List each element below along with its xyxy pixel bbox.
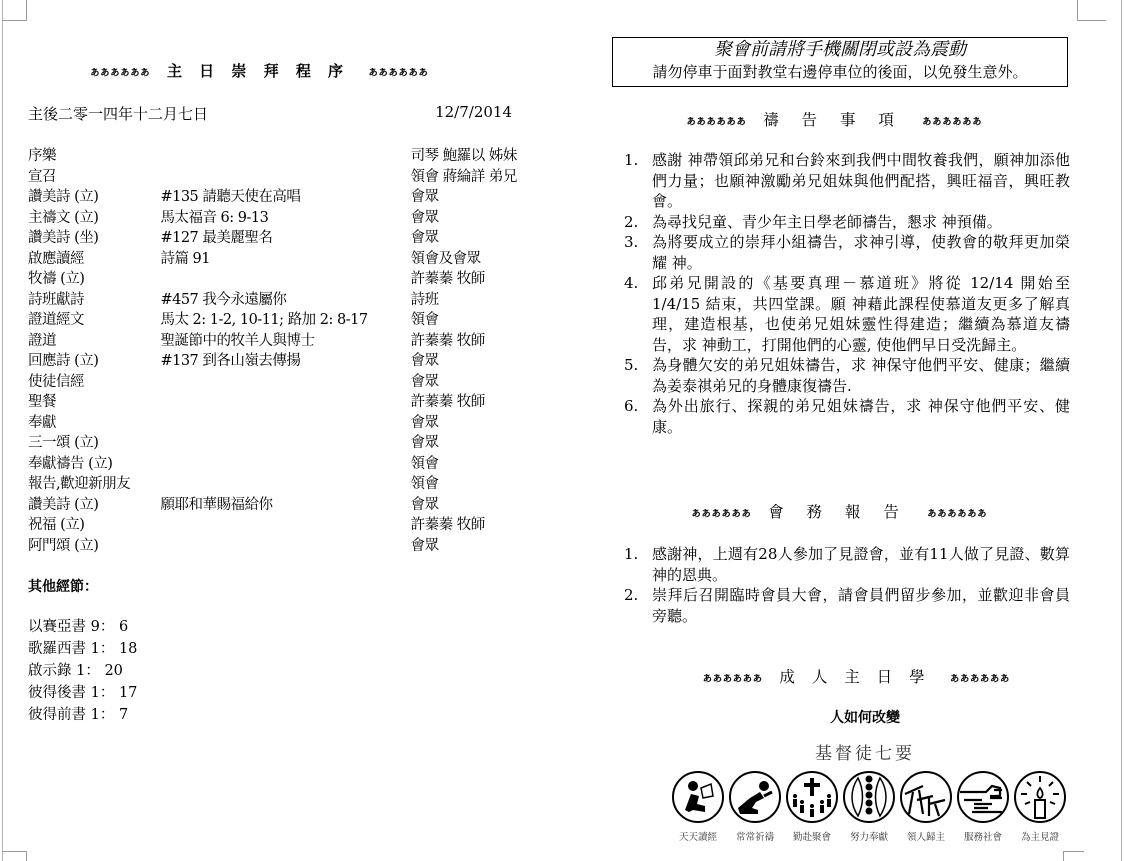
list-item-number: 2. (620, 585, 652, 626)
program-row: 證道聖誕節中的牧羊人與博士許蓁蓁 牧師 (28, 331, 548, 352)
program-item: 奉獻禱告 (立) (28, 454, 160, 475)
other-verses-list: 以賽亞書 9： 6歌羅西書 1： 18啟示錄 1： 20彼得後書 1： 17彼得… (28, 616, 548, 726)
program-item: 聖餐 (28, 392, 160, 413)
essential-gather: 勤赴聚會 (784, 770, 840, 843)
program-leader: 會眾 (411, 413, 548, 434)
program-row: 讚美詩 (立)#135 請聽天使在高唱會眾 (28, 187, 548, 208)
program-content (160, 372, 410, 393)
worship-title-row: ぁぁぁぁぁぁ 主 日 崇 拜 程 序 ぁぁぁぁぁぁ (58, 60, 458, 81)
program-content (160, 515, 410, 536)
program-content: 馬太福音 6: 9-13 (160, 208, 410, 229)
announcements-title: 會 務 報 告 (768, 500, 908, 522)
essential-evangelism: 領人歸主 (898, 770, 954, 843)
flourish-left-ornament: ぁぁぁぁぁぁ (701, 668, 761, 685)
announcements-list: 1.感謝神，上週有28人參加了見證會，並有11人做了見證、數算神的恩典。2.崇拜… (620, 544, 1070, 626)
program-row: 阿門頌 (立)會眾 (28, 536, 548, 557)
program-content: #135 請聽天使在高唱 (160, 187, 410, 208)
program-leader: 領會 (411, 454, 548, 475)
notice-phone-text: 聚會前請將手機關閉或設為震動 (613, 38, 1067, 62)
notice-parking-text: 請勿停車于面對教堂右邊停車位的後面，以免發生意外。 (613, 62, 1067, 82)
program-content (160, 474, 410, 495)
program-row: 宣召領會 蔣綸詳 弟兄 (28, 167, 548, 188)
program-leader: 領會 (411, 474, 548, 495)
other-verse-item: 啟示錄 1： 20 (28, 660, 548, 682)
program-row: 奉獻會眾 (28, 413, 548, 434)
announcements-section: ぁぁぁぁぁぁ 會 務 報 告 ぁぁぁぁぁぁ 1.感謝神，上週有28人參加了見證會… (620, 500, 1070, 626)
list-item: 4.邱弟兄開設的《基要真理－慕道班》將從 12/14 開始至 1/4/15 結束… (620, 273, 1070, 355)
program-row: 證道經文馬太 2: 1-2, 10-11; 路加 2: 8-17領會 (28, 310, 548, 331)
announcements-title-row: ぁぁぁぁぁぁ 會 務 報 告 ぁぁぁぁぁぁ (606, 500, 1070, 522)
flourish-right-ornament: ぁぁぁぁぁぁ (367, 62, 427, 79)
icon-label: 服務社會 (964, 829, 1002, 843)
program-leader: 會眾 (411, 495, 548, 516)
program-content (160, 413, 410, 434)
program-leader: 領會 (411, 310, 548, 331)
icon-label: 常常祈禱 (736, 829, 774, 843)
program-leader: 會眾 (411, 228, 548, 249)
other-verse-item: 彼得後書 1： 17 (28, 682, 548, 704)
essential-offering: 努力奉獻 (841, 770, 897, 843)
program-leader: 領會 蔣綸詳 弟兄 (411, 167, 548, 188)
program-item: 牧禱 (立) (28, 269, 160, 290)
program-item: 啟應讀經 (28, 249, 160, 270)
icon-label: 為主見證 (1021, 829, 1059, 843)
program-leader: 許蓁蓁 牧師 (411, 515, 548, 536)
program-leader: 詩班 (411, 290, 548, 311)
other-verse-item: 歌羅西書 1： 18 (28, 638, 548, 660)
program-row: 主禱文 (立)馬太福音 6: 9-13會眾 (28, 208, 548, 229)
flourish-left-ornament: ぁぁぁぁぁぁ (89, 62, 149, 79)
other-verses-title: 其他經節： (28, 576, 548, 596)
program-content: #457 我今永遠屬你 (160, 290, 410, 311)
program-row: 奉獻禱告 (立)領會 (28, 454, 548, 475)
sunday-school-title: 成 人 主 日 學 (779, 665, 930, 687)
read-bible-icon (671, 770, 725, 824)
service-icon (956, 770, 1010, 824)
list-item-text: 感謝 神帶領邱弟兄和台鈴來到我們中間牧養我們，願神加添他們力量；也願神激勵弟兄姐… (652, 150, 1070, 212)
program-item: 祝福 (立) (28, 515, 160, 536)
flourish-right-ornament: ぁぁぁぁぁぁ (949, 668, 1009, 685)
flourish-left-ornament: ぁぁぁぁぁぁ (685, 111, 745, 128)
list-item: 1.感謝 神帶領邱弟兄和台鈴來到我們中間牧養我們，願神加添他們力量；也願神激勵弟… (620, 150, 1070, 212)
program-row: 序樂司琴 鮑羅以 姊妹 (28, 146, 548, 167)
worship-program-section: ぁぁぁぁぁぁ 主 日 崇 拜 程 序 ぁぁぁぁぁぁ 主後二零一四年十二月七日 1… (28, 60, 548, 726)
program-item: 讚美詩 (立) (28, 495, 160, 516)
essential-read-bible: 天天讀經 (670, 770, 726, 843)
program-item: 主禱文 (立) (28, 208, 160, 229)
prayer-title: 禱 告 事 項 (763, 108, 903, 130)
program-content (160, 167, 410, 188)
program-item: 阿門頌 (立) (28, 536, 160, 557)
phone-notice-box: 聚會前請將手機關閉或設為震動 請勿停車于面對教堂右邊停車位的後面，以免發生意外。 (612, 37, 1068, 87)
program-list: 序樂司琴 鮑羅以 姊妹宣召領會 蔣綸詳 弟兄讚美詩 (立)#135 請聽天使在高… (28, 146, 548, 556)
date-numeric: 12/7/2014 (435, 103, 512, 124)
icon-label: 勤赴聚會 (793, 829, 831, 843)
program-leader: 會眾 (411, 208, 548, 229)
date-chinese: 主後二零一四年十二月七日 (28, 103, 208, 124)
date-row: 主後二零一四年十二月七日 12/7/2014 (28, 103, 512, 124)
list-item-text: 為身體欠安的弟兄姐妹禱告，求 神保守他們平安、健康；繼續為姜泰祺弟兄的身體康復禱… (652, 355, 1070, 396)
program-item: 讚美詩 (坐) (28, 228, 160, 249)
list-item-text: 崇拜后召開臨時會員大會，請會員們留步參加，並歡迎非會員旁聽。 (652, 585, 1070, 626)
list-item-text: 感謝神，上週有28人參加了見證會，並有11人做了見證、數算神的恩典。 (652, 544, 1070, 585)
witness-icon (1013, 770, 1067, 824)
program-leader: 領會及會眾 (411, 249, 548, 270)
program-content: 詩篇 91 (160, 249, 410, 270)
list-item-text: 為尋找兒童、青少年主日學老師禱告，懇求 神預備。 (652, 212, 1070, 233)
program-item: 證道經文 (28, 310, 160, 331)
page-edge-right (1121, 0, 1122, 861)
program-content: 願耶和華賜福給你 (160, 495, 410, 516)
program-leader: 會眾 (411, 536, 548, 557)
program-content: #137 到各山嶺去傳揚 (160, 351, 410, 372)
program-leader: 會眾 (411, 187, 548, 208)
pray-icon (728, 770, 782, 824)
list-item-number: 4. (620, 273, 652, 355)
program-leader: 會眾 (411, 351, 548, 372)
program-content (160, 269, 410, 290)
prayer-section: ぁぁぁぁぁぁ 禱 告 事 項 ぁぁぁぁぁぁ 1.感謝 神帶領邱弟兄和台鈴來到我們… (620, 108, 1070, 437)
evangelism-icon (899, 770, 953, 824)
program-item: 序樂 (28, 146, 160, 167)
program-row: 祝福 (立)許蓁蓁 牧師 (28, 515, 548, 536)
program-leader: 會眾 (411, 433, 548, 454)
flourish-right-ornament: ぁぁぁぁぁぁ (926, 503, 986, 520)
program-content: 聖誕節中的牧羊人與博士 (160, 331, 410, 352)
offering-icon (842, 770, 896, 824)
program-leader: 許蓁蓁 牧師 (411, 392, 548, 413)
flourish-right-ornament: ぁぁぁぁぁぁ (921, 111, 981, 128)
program-item: 回應詩 (立) (28, 351, 160, 372)
list-item-number: 6. (620, 396, 652, 437)
list-item: 2.崇拜后召開臨時會員大會，請會員們留步參加，並歡迎非會員旁聽。 (620, 585, 1070, 626)
seven-essentials-title: 基督徒七要 (660, 739, 1070, 764)
list-item-number: 2. (620, 212, 652, 233)
program-item: 三一頌 (立) (28, 433, 160, 454)
crop-mark-top-left (2, 0, 27, 21)
program-item: 使徒信經 (28, 372, 160, 393)
list-item: 1.感謝神，上週有28人參加了見證會，並有11人做了見證、數算神的恩典。 (620, 544, 1070, 585)
list-item: 6.為外出旅行、探親的弟兄姐妹禱告，求 神保守他們平安、健康。 (620, 396, 1070, 437)
crop-mark-bottom-left (2, 851, 27, 861)
icon-label: 天天讀經 (679, 829, 717, 843)
essential-pray: 常常祈禱 (727, 770, 783, 843)
page-edge-left (2, 0, 3, 861)
program-content (160, 392, 410, 413)
program-content (160, 454, 410, 475)
essential-service: 服務社會 (955, 770, 1011, 843)
list-item-number: 1. (620, 150, 652, 212)
sunday-school-section: ぁぁぁぁぁぁ 成 人 主 日 學 ぁぁぁぁぁぁ 人如何改變 基督徒七要 (620, 665, 1070, 764)
program-content: #127 最美麗聖名 (160, 228, 410, 249)
program-item: 宣召 (28, 167, 160, 188)
program-leader: 許蓁蓁 牧師 (411, 331, 548, 352)
program-row: 聖餐許蓁蓁 牧師 (28, 392, 548, 413)
program-row: 回應詩 (立)#137 到各山嶺去傳揚會眾 (28, 351, 548, 372)
program-item: 證道 (28, 331, 160, 352)
crop-mark-bottom-right (1063, 851, 1084, 861)
program-leader: 司琴 鮑羅以 姊妹 (411, 146, 548, 167)
program-item: 報告,歡迎新朋友 (28, 474, 160, 495)
sunday-school-title-row: ぁぁぁぁぁぁ 成 人 主 日 學 ぁぁぁぁぁぁ (640, 665, 1070, 687)
program-row: 使徒信經會眾 (28, 372, 548, 393)
prayer-title-row: ぁぁぁぁぁぁ 禱 告 事 項 ぁぁぁぁぁぁ (596, 108, 1070, 130)
list-item-number: 5. (620, 355, 652, 396)
list-item-text: 為將要成立的崇拜小組禱告，求神引導，使教會的敬拜更加榮耀 神。 (652, 232, 1070, 273)
flourish-left-ornament: ぁぁぁぁぁぁ (690, 503, 750, 520)
program-content (160, 536, 410, 557)
essential-witness: 為主見證 (1012, 770, 1068, 843)
prayer-list: 1.感謝 神帶領邱弟兄和台鈴來到我們中間牧養我們，願神加添他們力量；也願神激勵弟… (620, 150, 1070, 437)
program-row: 報告,歡迎新朋友領會 (28, 474, 548, 495)
program-leader: 許蓁蓁 牧師 (411, 269, 548, 290)
program-row: 詩班獻詩#457 我今永遠屬你詩班 (28, 290, 548, 311)
program-item: 詩班獻詩 (28, 290, 160, 311)
program-row: 三一頌 (立)會眾 (28, 433, 548, 454)
icon-label: 努力奉獻 (850, 829, 888, 843)
sunday-school-topic: 人如何改變 (660, 707, 1070, 727)
list-item-number: 3. (620, 232, 652, 273)
icon-label: 領人歸主 (907, 829, 945, 843)
program-content (160, 146, 410, 167)
program-item: 讚美詩 (立) (28, 187, 160, 208)
seven-essentials-icons: 天天讀經 常常祈禱 勤赴聚會 (670, 770, 1068, 843)
list-item: 5.為身體欠安的弟兄姐妹禱告，求 神保守他們平安、健康；繼續為姜泰祺弟兄的身體康… (620, 355, 1070, 396)
program-row: 牧禱 (立)許蓁蓁 牧師 (28, 269, 548, 290)
program-item: 奉獻 (28, 413, 160, 434)
program-content (160, 433, 410, 454)
program-row: 啟應讀經詩篇 91領會及會眾 (28, 249, 548, 270)
other-verse-item: 彼得前書 1： 7 (28, 704, 548, 726)
list-item: 2.為尋找兒童、青少年主日學老師禱告，懇求 神預備。 (620, 212, 1070, 233)
crop-mark-top-right (1077, 0, 1106, 21)
list-item-text: 為外出旅行、探親的弟兄姐妹禱告，求 神保守他們平安、健康。 (652, 396, 1070, 437)
program-row: 讚美詩 (坐)#127 最美麗聖名會眾 (28, 228, 548, 249)
list-item: 3.為將要成立的崇拜小組禱告，求神引導，使教會的敬拜更加榮耀 神。 (620, 232, 1070, 273)
worship-title: 主 日 崇 拜 程 序 (167, 60, 349, 81)
gather-icon (785, 770, 839, 824)
program-content: 馬太 2: 1-2, 10-11; 路加 2: 8-17 (160, 310, 410, 331)
program-row: 讚美詩 (立)願耶和華賜福給你會眾 (28, 495, 548, 516)
other-verse-item: 以賽亞書 9： 6 (28, 616, 548, 638)
list-item-text: 邱弟兄開設的《基要真理－慕道班》將從 12/14 開始至 1/4/15 結束，共… (652, 273, 1070, 355)
list-item-number: 1. (620, 544, 652, 585)
program-leader: 會眾 (411, 372, 548, 393)
